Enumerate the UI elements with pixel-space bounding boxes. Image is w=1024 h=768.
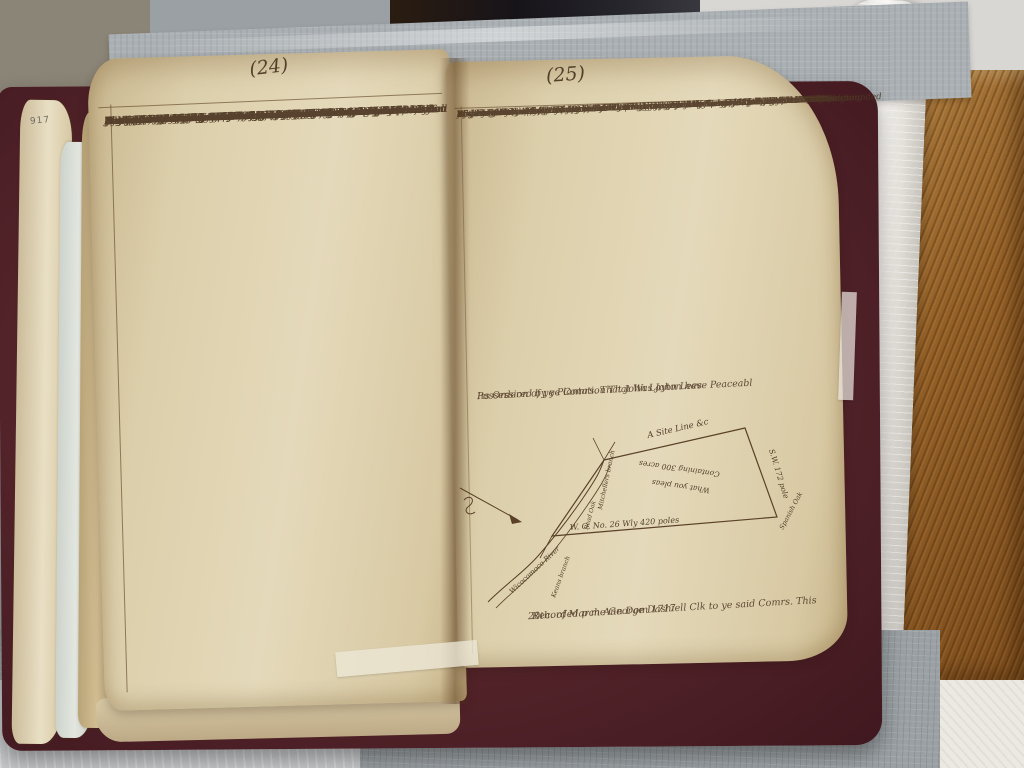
acreage-label: Containing 300 acres [638,459,720,479]
survey-plat-drawing: A Site Line &c S.W. 172 pole Spanish Oak… [452,372,856,626]
ruled-margin-line [110,105,127,693]
compass-line [460,488,518,520]
manuscript-line: Maner of Somersett County — P me William… [457,94,745,125]
sw-course-label: S.W. 172 pole [767,448,791,500]
plastic-shine [149,14,849,55]
manuscript-line: by [104,107,248,132]
left-page: (24) To the Comrs. of Somrsett County fo… [87,49,467,711]
pencil-annotation: 917 [30,115,51,127]
tract-name-label: What you pleas [651,478,710,495]
river-line-1 [488,460,604,602]
right-page-text: by ye afsd. Surveyr, Vizt.Somrsett Coty … [457,90,833,106]
compass-s-mark [464,497,475,514]
left-page-text: To the Comrs. of Somrsett County for the… [104,100,448,113]
compass-arrowhead [509,514,522,524]
keans-branch-label: Keans branch [550,555,572,599]
photo-of-manuscript-book: 917 (24) To the Comrs. of Somrsett Count… [0,0,1024,768]
page-number-24: (24) [248,54,289,80]
page-number-25: (25) [545,62,586,87]
site-line-label: A Site Line &c [645,417,709,441]
